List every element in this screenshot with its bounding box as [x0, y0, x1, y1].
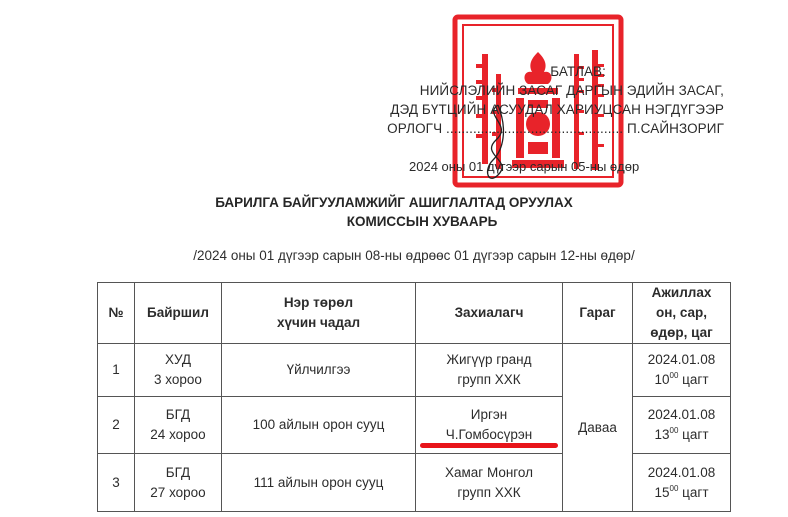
- header-day: Гараг: [563, 283, 633, 344]
- cell-date: 2024.01.08: [633, 350, 730, 370]
- cell-no: 3: [98, 454, 135, 512]
- minutes: 00: [670, 426, 679, 435]
- minutes: 00: [670, 371, 679, 380]
- cell-date: 2024.01.08: [633, 463, 730, 483]
- approval-line-1: НИЙСЛЭЛИЙН ЗАСАГ ДАРГЫН ЭДИЙН ЗАСАГ,: [387, 81, 724, 100]
- cell-time: 2024.01.081300 цагт: [633, 397, 731, 454]
- time-suffix: цагт: [682, 485, 708, 500]
- date-range-subtitle: /2024 оны 01 дүгээр сарын 08-ны өдрөөс 0…: [0, 248, 788, 263]
- cell-date: 2024.01.08: [633, 405, 730, 425]
- cell-time: 2024.01.081000 цагт: [633, 344, 731, 397]
- approval-label: БАТЛАВ:: [387, 62, 724, 81]
- cell-khoroo: 3 хороо: [135, 370, 221, 390]
- header-location: Байршил: [135, 283, 222, 344]
- title-line-2: КОМИССЫН ХУВААРЬ: [0, 212, 788, 231]
- schedule-table: № Байршил Нэр төрөлхүчин чадал Захиалагч…: [97, 282, 731, 512]
- cell-district: БГД: [135, 463, 221, 483]
- header-name-l1: Нэр төрөл: [222, 293, 415, 313]
- approval-date: 2024 оны 01 дүгээр сарын 05-ны өдөр: [409, 159, 639, 174]
- minutes: 00: [670, 484, 679, 493]
- cell-client-l2: групп ХХК: [416, 483, 562, 503]
- header-time-l3: өдөр, цаг: [633, 323, 730, 343]
- header-client: Захиалагч: [416, 283, 563, 344]
- hour: 15: [654, 485, 669, 500]
- approval-line-3: ОРЛОГЧ .................................…: [387, 119, 724, 138]
- cell-district: ХУД: [135, 350, 221, 370]
- table-row: 3 БГД27 хороо 111 айлын орон сууц Хамаг …: [98, 454, 731, 512]
- cell-location: БГД27 хороо: [135, 454, 222, 512]
- cell-name: 111 айлын орон сууц: [222, 454, 416, 512]
- time-suffix: цагт: [682, 372, 708, 387]
- cell-location: БГД24 хороо: [135, 397, 222, 454]
- cell-hour: 1000 цагт: [633, 370, 730, 390]
- cell-client: Хамаг Монголгрупп ХХК: [416, 454, 563, 512]
- document-title: БАРИЛГА БАЙГУУЛАМЖИЙГ АШИГЛАЛТАД ОРУУЛАХ…: [0, 193, 788, 231]
- hour: 10: [654, 372, 669, 387]
- title-line-1: БАРИЛГА БАЙГУУЛАМЖИЙГ АШИГЛАЛТАД ОРУУЛАХ: [0, 193, 788, 212]
- cell-client: Жигүүр грандгрупп ХХК: [416, 344, 563, 397]
- cell-hour: 1300 цагт: [633, 425, 730, 445]
- table-row: 2 БГД24 хороо 100 айлын орон сууц ИргэнЧ…: [98, 397, 731, 454]
- approval-block: БАТЛАВ: НИЙСЛЭЛИЙН ЗАСАГ ДАРГЫН ЭДИЙН ЗА…: [387, 62, 724, 138]
- cell-client-l1: Иргэн: [416, 405, 562, 425]
- red-highlight-underline: [420, 443, 558, 448]
- approval-line-2: ДЭД БҮТЦИЙН АСУУДАЛ ХАРИУЦСАН НЭГДҮГЭЭР: [387, 100, 724, 119]
- table-row: 1 ХУД3 хороо Үйлчилгээ Жигүүр грандгрупп…: [98, 344, 731, 397]
- cell-district: БГД: [135, 405, 221, 425]
- cell-khoroo: 27 хороо: [135, 483, 221, 503]
- cell-khoroo: 24 хороо: [135, 425, 221, 445]
- cell-client-l1: Хамаг Монгол: [416, 463, 562, 483]
- header-time: Ажиллахон, сар,өдөр, цаг: [633, 283, 731, 344]
- cell-client-l1: Жигүүр гранд: [416, 350, 562, 370]
- header-time-l1: Ажиллах: [633, 283, 730, 303]
- cell-time: 2024.01.081500 цагт: [633, 454, 731, 512]
- cell-client-l2: групп ХХК: [416, 370, 562, 390]
- cell-hour: 1500 цагт: [633, 483, 730, 503]
- header-name: Нэр төрөлхүчин чадал: [222, 283, 416, 344]
- header-name-l2: хүчин чадал: [222, 313, 415, 333]
- cell-client-l2: Ч.Гомбосүрэн: [416, 425, 562, 445]
- cell-location: ХУД3 хороо: [135, 344, 222, 397]
- cell-name: Үйлчилгээ: [222, 344, 416, 397]
- header-no: №: [98, 283, 135, 344]
- cell-name: 100 айлын орон сууц: [222, 397, 416, 454]
- time-suffix: цагт: [682, 427, 708, 442]
- header-time-l2: он, сар,: [633, 303, 730, 323]
- hour: 13: [654, 427, 669, 442]
- cell-no: 1: [98, 344, 135, 397]
- cell-day: Даваа: [563, 344, 633, 512]
- table-header-row: № Байршил Нэр төрөлхүчин чадал Захиалагч…: [98, 283, 731, 344]
- cell-no: 2: [98, 397, 135, 454]
